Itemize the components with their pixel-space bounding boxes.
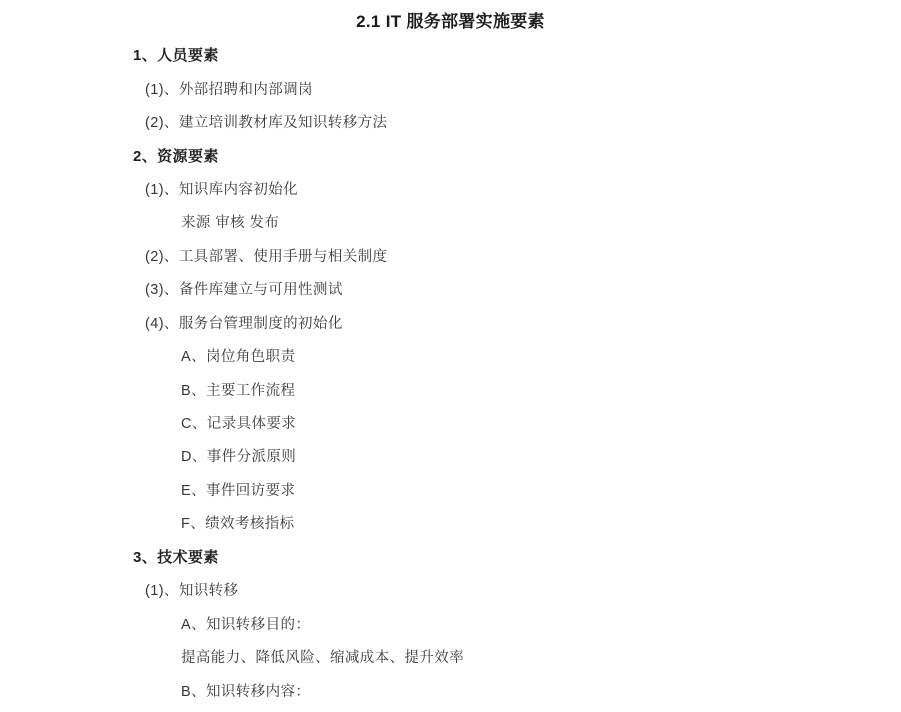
list-item: (1)、知识转移: [0, 573, 901, 606]
sub-list-item: C、记录具体要求: [0, 406, 901, 439]
list-item: (1)、知识库内容初始化: [0, 172, 901, 205]
sub-list-item: 提高能力、降低风险、缩减成本、提升效率: [0, 640, 901, 673]
list-item: (1)、外部招聘和内部调岗: [0, 71, 901, 104]
document-body: 1、人员要素 (1)、外部招聘和内部调岗 (2)、建立培训教材库及知识转移方法 …: [0, 38, 901, 707]
sub-list-item: B、主要工作流程: [0, 372, 901, 405]
sub-list-item: 来源 审核 发布: [0, 205, 901, 238]
sub-list-item: E、事件回访要求: [0, 473, 901, 506]
sub-list-item: F、绩效考核指标: [0, 506, 901, 539]
sub-list-item: A、知识转移目的：: [0, 606, 901, 639]
section-heading: 1、人员要素: [0, 38, 901, 71]
document-title: 2.1 IT 服务部署实施要素: [0, 7, 901, 32]
sub-list-item: D、事件分派原则: [0, 439, 901, 472]
list-item: (4)、服务台管理制度的初始化: [0, 306, 901, 339]
list-item: (2)、工具部署、使用手册与相关制度: [0, 239, 901, 272]
list-item: (3)、备件库建立与可用性测试: [0, 272, 901, 305]
sub-list-item: A、岗位角色职责: [0, 339, 901, 372]
document-page: 2.1 IT 服务部署实施要素 1、人员要素 (1)、外部招聘和内部调岗 (2)…: [0, 0, 901, 712]
sub-list-item: B、知识转移内容：: [0, 673, 901, 706]
section-heading: 2、资源要素: [0, 138, 901, 171]
list-item: (2)、建立培训教材库及知识转移方法: [0, 105, 901, 138]
section-heading: 3、技术要素: [0, 540, 901, 573]
